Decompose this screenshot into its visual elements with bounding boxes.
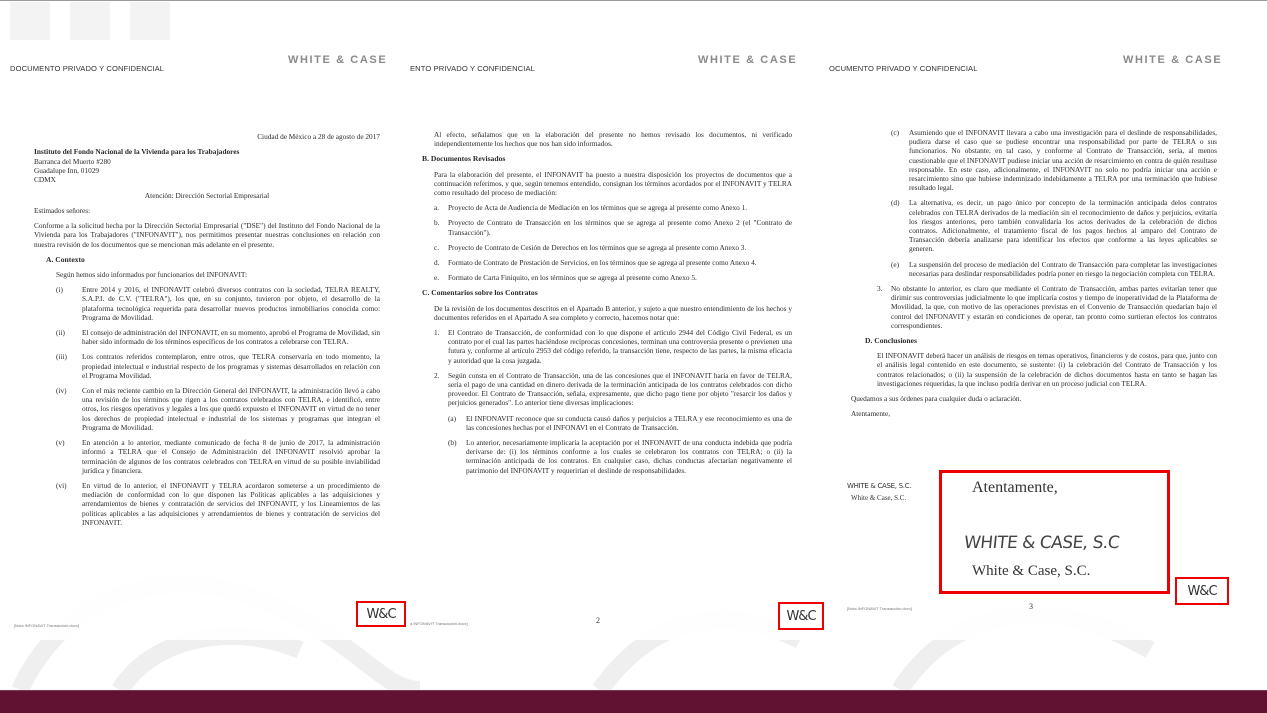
confidential-header: DOCUMENTO PRIVADO Y CONFIDENCIAL <box>10 64 164 73</box>
section-a-lead: Según hemos sido informados por funciona… <box>34 270 380 279</box>
section-c-lead: De la revisión de los documentos descrit… <box>422 304 792 322</box>
list-item: (a)El INFONAVIT reconoce que su conducta… <box>448 414 792 432</box>
page-2-content: Al efecto, señalamos que en la elaboraci… <box>422 130 792 481</box>
section-b-lead: Para la elaboración del presente, el INF… <box>422 170 792 198</box>
list-item: 1.El Contrato de Transacción, de conform… <box>434 328 792 365</box>
confidential-header: ENTO PRIVADO Y CONFIDENCIAL <box>410 64 535 73</box>
page-number: 2 <box>596 616 600 625</box>
initials-highlight: W&C <box>356 601 406 627</box>
intro-paragraph: Conforme a la solicitud hecha por la Dir… <box>34 221 380 249</box>
initials-highlight: W&C <box>1175 577 1229 605</box>
handwritten-signature: WHITE & CASE, S.C. <box>847 482 911 490</box>
list-item: e.Formato de Carta Finiquito, en los tér… <box>434 273 792 282</box>
white-case-logo: WHITE & CASE <box>288 54 387 66</box>
section-d-heading: D. Conclusiones <box>865 336 1217 345</box>
page-1-content: Ciudad de México a 28 de agosto de 2017 … <box>34 132 380 533</box>
white-case-logo: WHITE & CASE <box>698 54 797 66</box>
list-item: a.Proyecto de Acta de Audiencia de Media… <box>434 203 792 212</box>
footer-note: [Nota INFONAVIT Transacción.docx] <box>847 606 912 611</box>
list-item: (i)Entre 2014 y 2016, el INFONAVIT celeb… <box>56 285 380 322</box>
zoomed-signature-name: White & Case, S.C. <box>972 563 1090 580</box>
list-item: (ii)El consejo de administración del INF… <box>56 328 380 346</box>
initials-highlight: W&C <box>778 602 824 630</box>
list-item: (v)En atención a lo anterior, mediante c… <box>56 438 380 475</box>
intro-paragraph: Al efecto, señalamos que en la elaboraci… <box>422 130 792 148</box>
list-item: 3.No obstante lo anterior, es claro que … <box>877 284 1217 330</box>
list-item: b.Proyecto de Contrato de Transacción en… <box>434 218 792 236</box>
list-item: (iii)Los contratos referidos contemplaro… <box>56 352 380 380</box>
list-item: (vi)En virtud de lo anterior, el INFONAV… <box>56 481 380 527</box>
closing-line: Quedamos a sus órdenes para cualquier du… <box>851 394 1217 403</box>
addressee: Instituto del Fondo Nacional de la Vivie… <box>34 147 380 156</box>
address-line: Barranca del Muerto #280 <box>34 157 380 166</box>
signature-highlight: Atentamente, WHITE & CASE, S.C White & C… <box>939 470 1170 594</box>
section-c-heading: C. Comentarios sobre los Contratos <box>422 288 792 297</box>
regards-line: Atentamente, <box>851 409 1217 418</box>
document-page-1: DOCUMENTO PRIVADO Y CONFIDENCIAL WHITE &… <box>0 40 410 640</box>
confidential-header: OCUMENTO PRIVADO Y CONFIDENCIAL <box>829 64 978 73</box>
section-a-heading: A. Contexto <box>34 255 380 264</box>
salutation: Estimados señores: <box>34 206 380 215</box>
signature-name: White & Case, S.C. <box>851 494 906 502</box>
document-page-2: ENTO PRIVADO Y CONFIDENCIAL WHITE & CASE… <box>410 40 825 640</box>
zoomed-handwritten-signature: WHITE & CASE, S.C <box>963 533 1120 553</box>
address-line: Guadalupe Inn, 01029 <box>34 166 380 175</box>
conclusion-paragraph: El INFONAVIT deberá hacer un análisis de… <box>865 351 1217 388</box>
list-item: (b)Lo anterior, necesariamente implicarí… <box>448 438 792 475</box>
footer-note: a INFONAVIT Transacción.docx] <box>410 621 468 626</box>
list-item: (e)La suspensión del proceso de mediació… <box>891 260 1217 278</box>
document-page-3: OCUMENTO PRIVADO Y CONFIDENCIAL WHITE & … <box>825 40 1267 640</box>
list-item: (d)La alternativa, es decir, un pago úni… <box>891 198 1217 253</box>
letter-date: Ciudad de México a 28 de agosto de 2017 <box>34 132 380 141</box>
list-item: (iv)Con el más reciente cambio en la Dir… <box>56 386 380 432</box>
address-block: Instituto del Fondo Nacional de la Vivie… <box>34 147 380 185</box>
white-case-logo: WHITE & CASE <box>1123 54 1222 66</box>
list-item: (c)Asumiendo que el INFONAVIT llevara a … <box>891 128 1217 192</box>
footer-note: [Nota INFONAVIT Transacción.docx] <box>14 623 79 628</box>
zoomed-regards: Atentamente, <box>972 479 1058 497</box>
address-line: CDMX <box>34 175 380 184</box>
top-rule <box>0 0 1267 1</box>
list-item: 2.Según consta en el Contrato de Transac… <box>434 371 792 408</box>
page-3-content: (c)Asumiendo que el INFONAVIT llevara a … <box>865 128 1217 424</box>
section-b-heading: B. Documentos Revisados <box>422 154 792 163</box>
page-number: 3 <box>1029 602 1033 611</box>
bottom-brand-bar <box>0 690 1267 713</box>
attention-line: Atención: Dirección Sectorial Empresaria… <box>34 191 380 200</box>
list-item: c.Proyecto de Contrato de Cesión de Dere… <box>434 243 792 252</box>
list-item: d.Formato de Contrato de Prestación de S… <box>434 258 792 267</box>
